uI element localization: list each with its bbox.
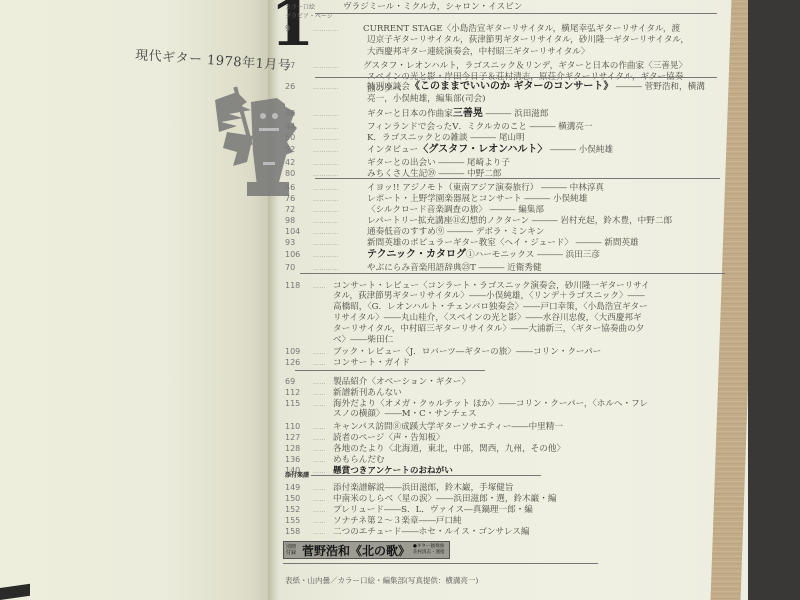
supplement-banner: 別冊付録 菅野浩和《北の歌》 ●ギター独奏曲 荘村清志・運指 [283, 541, 450, 559]
entry-text: フィンランドで会ったV．ミクルカのこと [367, 122, 527, 132]
page-number: 127 [285, 432, 313, 443]
toc-entry-cont: 辺京子ギターリサイタル，荻津節男ギターリサイタル，砂川隆一ギターリサイタル， [285, 35, 689, 46]
divider [283, 563, 598, 564]
entry-text: 特別座談会 [367, 82, 410, 92]
divider [315, 77, 717, 78]
toc-entry-cont: 大西慶邦ギター連続演奏会，中村昭三ギターリサイタル〉 [285, 47, 590, 58]
entry-text: 読者のページ〈声・告知板〉 [333, 433, 445, 443]
page-number: 152 [285, 504, 313, 515]
entry-title-bold: 《このままでいいのか ギターのコンサート》 [410, 81, 613, 92]
page-number: 80 [285, 168, 313, 179]
page-number: 52 [285, 144, 313, 155]
toc-entry: 106…………テクニック・カタログ①ハーモニックス ――― 浜田三彦 [285, 249, 600, 261]
entry-title-bold: 〈グスタフ・レオンハルト〉 [418, 144, 547, 155]
supplement-tag: 別冊付録 [286, 544, 300, 556]
entry-text: コンサート・ガイド [333, 358, 410, 368]
woodcut-figure-illustration [207, 82, 297, 202]
entry-text: コンサート・レビュー〈コンラート・ラゴスニック演奏会，砂川隆一ギターリサイ [333, 281, 650, 291]
entry-text: 中南米のしらべ〈星の涙〉――浜田滋郎・選，鈴木巌・編 [333, 494, 556, 504]
entry-text: 高橋昭，〈G．レオンハルト・チェンバロ独奏会〉――戸口幸策，〈小島浩宣ギター [333, 302, 648, 312]
entry-author: 尾崎より子 [467, 158, 510, 168]
entry-text: ギターと日本の作曲家 [367, 109, 453, 119]
page-number: 44 [285, 121, 313, 132]
divider [315, 13, 717, 14]
entry-text: レパートリー拡充講座⑪幻想的ノクターン [367, 216, 529, 226]
page-number: 98 [285, 215, 313, 226]
divider [300, 273, 725, 274]
entry-text: 各地のたより〈北海道，東北，中部，関西，九州，その他〉 [333, 444, 565, 454]
entry-title-bold: テクニック・カタログ [367, 249, 466, 260]
page-number: 9 [285, 23, 313, 34]
entry-text: 〈シルクロード音楽調査の旅〉 [367, 205, 487, 215]
entry-text: ソナチネ第２～３楽章――戸口純 [333, 516, 462, 526]
toc-entry: 126……コンサート・ガイド [285, 357, 410, 369]
supplement-title: 菅野浩和《北の歌》 [302, 542, 410, 559]
section-label: グラビア・ページ [285, 13, 333, 20]
entry-text: めもらんだむ [333, 455, 385, 465]
page-number: 26 [285, 81, 313, 92]
entry-author: 菅野浩和，横溝 [645, 82, 705, 92]
entry-text: 亮一，小俣純雄，編集部(司会) [367, 94, 485, 104]
entry-text: 海外だより〈オメガ・クゥルテット ほか〉――コリン・クーパー，〈ホルヘ・フレ [333, 399, 648, 409]
entry-text: ヴラジミール・ミクルカ，シャロン・イスビン [343, 2, 522, 12]
page-number: 70 [285, 262, 313, 273]
toc-entry-cont: スノの横顔〉――M・C・サンチェス [285, 409, 477, 420]
entry-author: 尾山明 [499, 133, 525, 143]
page-number: 128 [285, 443, 313, 454]
toc-entry: 93…………新間英雄のポピュラーギター教室〈ヘイ・ジュード〉 ――― 新間英雄 [285, 237, 639, 249]
entry-text: グスタフ・レオンハルト，ラゴスニック＆リンデ，ギターと日本の作曲家〈三善晃〉 [363, 61, 687, 71]
page-number: 57 [285, 60, 313, 71]
entry-text: ブック・レビュー〈J．ロバーツ―ギターの旅〉――コリン・クーパー [333, 347, 601, 357]
entry-text: イヨッ!! アジノモト（東南アジア演奏旅行） [367, 183, 538, 193]
entry-text: リサイタル〉――丸山桂介，〈スペインの光と影〉――水谷川忠俊，〈大西慶邦ギ [333, 313, 642, 323]
entry-text: CURRENT STAGE〈小島浩宣ギターリサイタル，横尾幸弘ギターリサイタル，… [363, 24, 680, 34]
page-number: 112 [285, 387, 313, 398]
page-number: 126 [285, 357, 313, 368]
entry-author: 小俣純雄 [579, 145, 613, 155]
page-number: 158 [285, 526, 313, 537]
toc-entry-cont: 亮一，小俣純雄，編集部(司会) [285, 94, 485, 105]
page-number: 155 [285, 515, 313, 526]
page-number: 72 [285, 204, 313, 215]
entry-text: ターリサイタル，中村昭三ギターリサイタル〉――大浦新三，〈ギター協奏曲の夕 [333, 324, 644, 334]
section-label-row: 添付楽譜 [285, 470, 309, 481]
page-number: 106 [285, 249, 313, 260]
page-number: 109 [285, 346, 313, 357]
entry-text: 通奏低音のすすめ⑨ [367, 227, 444, 237]
page-number: 136 [285, 454, 313, 465]
entry-text: やぶにらみ音楽用語辞典㉓T [367, 263, 476, 273]
page-number: 104 [285, 226, 313, 237]
page-number: 42 [285, 157, 313, 168]
toc-entry: 158……二つのエチュード――ホセ・ルイス・ゴンサレス編 [285, 526, 529, 538]
divider [311, 475, 541, 476]
entry-author: 近衛秀健 [507, 263, 541, 273]
page-number: 36 [285, 108, 313, 119]
entry-author: デボラ・ミンキン [476, 227, 545, 237]
page-number: 93 [285, 237, 313, 248]
page-number: 69 [285, 376, 313, 387]
toc-entry: 57…………グスタフ・レオンハルト，ラゴスニック＆リンデ，ギターと日本の作曲家〈… [285, 60, 687, 72]
divider [295, 370, 485, 371]
entry-author: 岩村充起，鈴木豊，中野二郎 [560, 216, 672, 226]
supplement-note: ●ギター独奏曲 荘村清志・運指 [413, 544, 445, 556]
entry-author: 小俣純雄 [553, 194, 587, 204]
entry-text: 製品紹介〈オベーション・ギター〉 [333, 377, 470, 387]
page-number: 76 [285, 193, 313, 204]
entry-title-bold: 三善晃 [453, 108, 483, 119]
toc-entry: 50…………K．ラゴスニックとの雑談 ――― 尾山明 [285, 132, 525, 144]
toc-entry: 52…………インタビュー〈グスタフ・レオンハルト〉 ――― 小俣純雄 [285, 144, 613, 156]
entry-text: べ〉――柴田仁 [333, 335, 393, 345]
toc-entry-cont: 高橋昭，〈G．レオンハルト・チェンバロ独奏会〉――戸口幸策，〈小島浩宣ギター [285, 302, 648, 313]
background [748, 0, 800, 600]
page-number: 46 [285, 182, 313, 193]
entry-text: 二つのエチュード――ホセ・ルイス・ゴンサレス編 [333, 527, 529, 537]
toc-entry: 36…………ギターと日本の作曲家三善晃 ――― 浜田滋郎 [285, 108, 549, 120]
page-number: 50 [285, 132, 313, 143]
page-shadow [0, 584, 30, 600]
entry-author: 浜田滋郎 [514, 109, 548, 119]
entry-author: 浜田三彦 [566, 250, 600, 260]
toc-entry-cont: タル，荻津節男ギターリサイタル〉――小俣純雄，〈リンデ＋ラゴスニック〉―― [285, 291, 645, 302]
entry-author: 編集部 [518, 205, 544, 215]
entry-text: 大西慶邦ギター連続演奏会，中村昭三ギターリサイタル〉 [367, 47, 590, 57]
entry-text: キャンパス訪問⑧成蹊大学ギターソサエティー――中里精一 [333, 422, 563, 432]
toc-entry: 9…………CURRENT STAGE〈小島浩宣ギターリサイタル，横尾幸弘ギターリ… [285, 23, 680, 35]
entry-text: K．ラゴスニックとの雑談 [367, 133, 468, 143]
page-number: 118 [285, 280, 313, 291]
entry-text: 新間英雄のポピュラーギター教室〈ヘイ・ジュード〉 [367, 238, 573, 248]
entry-text: タル，荻津節男ギターリサイタル〉――小俣純雄，〈リンデ＋ラゴスニック〉―― [333, 291, 645, 301]
toc-entry-cont: ターリサイタル，中村昭三ギターリサイタル〉――大浦新三，〈ギター協奏曲の夕 [285, 324, 644, 335]
toc-entry-cont: べ〉――柴田仁 [285, 335, 393, 346]
entry-text: 添付楽譜解説――浜田滋郎，鈴木巌，手塚健旨 [333, 483, 513, 493]
entry-text: ギターとの出会い [367, 158, 436, 168]
entry-text: ①ハーモニックス [466, 250, 534, 260]
entry-text: 辺京子ギターリサイタル，荻津節男ギターリサイタル，砂川隆一ギターリサイタル， [367, 35, 689, 45]
entry-text: 新譜新刊あんない [333, 388, 402, 398]
entry-text: インタビュー [367, 145, 418, 155]
page-number: 110 [285, 421, 313, 432]
gravure-label-row: グラビア・ページ [285, 11, 333, 22]
toc-entry: 26…………特別座談会《このままでいいのか ギターのコンサート》 ――― 菅野浩… [285, 81, 705, 93]
entry-author: 新間英雄 [604, 238, 638, 248]
divider [315, 178, 720, 179]
entry-author: 横溝亮一 [558, 122, 592, 132]
toc-entry-cont: リサイタル〉――丸山桂介，〈スペインの光と影〉――水谷川忠俊，〈大西慶邦ギ [285, 313, 642, 324]
section-label: 添付楽譜 [285, 472, 309, 479]
credits-footer: 表紙・山内曇／カラー口絵・編集部(写真提供：横溝亮一) [285, 575, 478, 586]
page-number: 149 [285, 482, 313, 493]
page-number: 115 [285, 398, 313, 409]
entry-text: プレリュード――S．L．ヴァイス―真鍋理一郎・編 [333, 505, 533, 515]
entry-author: 中林淳真 [570, 183, 604, 193]
entry-text: レポート・上野学園楽器展とコンサート [367, 194, 522, 204]
entry-text: スノの横顔〉――M・C・サンチェス [333, 409, 477, 419]
page-number: 150 [285, 493, 313, 504]
